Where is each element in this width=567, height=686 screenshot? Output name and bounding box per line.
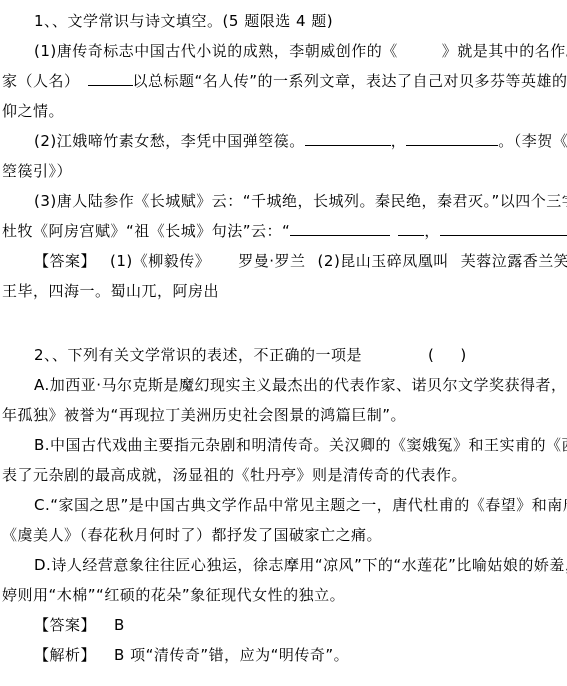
text-run: C.“家国之思”是中国古典文学作品中常见主题之一，唐代杜甫的《春望》和南唐后主的 <box>34 496 567 514</box>
document-page: 1、、文学常识与诗文填空。(5 题限选 4 题)(1)唐传奇标志中国古代小说的成… <box>0 0 567 686</box>
space-gap <box>449 265 461 266</box>
text-line: (2)江娥啼竹素女愁，李凭中国弹箜篌。，。（李贺《李凭 <box>0 126 567 156</box>
text-run: 【解析】 <box>34 646 96 664</box>
fill-in-blank-underline <box>398 221 424 236</box>
space-gap <box>434 359 460 360</box>
text-run: 【答案】 <box>34 616 96 634</box>
text-line: 家（人名）以总标题“名人传”的一系列文章，表达了自己对贝多芬等英雄的无限敬 <box>0 66 567 96</box>
text-line: 【答案】(1)《柳毅传》罗曼·罗兰(2)昆山玉碎凤凰叫芙蓉泣露香兰笑(3)六 <box>0 246 567 276</box>
text-run: 。（李贺《李凭 <box>498 132 567 150</box>
text-run: 芙蓉泣露香兰笑 <box>461 252 567 270</box>
fill-in-blank-underline <box>88 71 133 86</box>
fill-in-blank-underline <box>406 131 498 146</box>
text-line: A.加西亚·马尔克斯是魔幻现实主义最杰出的代表作家、诺贝尔文学奖获得者，他的《百 <box>0 370 567 400</box>
text-run: 杜牧《阿房宫赋》“祖《长城》句法”云：“ <box>2 222 290 240</box>
fill-in-blank-underline <box>305 131 391 146</box>
space-gap <box>210 265 238 266</box>
space-gap <box>390 235 398 236</box>
text-run: 家（人名） <box>2 72 80 90</box>
text-line: C.“家国之思”是中国古典文学作品中常见主题之一，唐代杜甫的《春望》和南唐后主的 <box>0 490 567 520</box>
text-line: 杜牧《阿房宫赋》“祖《长城》句法”云：“，。” <box>0 216 567 246</box>
text-line: 婷则用“木棉”“红硕的花朵”象征现代女性的独立。 <box>0 580 567 610</box>
text-run: B 项“清传奇”错，应为“明传奇”。 <box>114 646 349 664</box>
paragraph-gap <box>0 306 567 340</box>
text-run: ( <box>428 346 434 364</box>
text-run: ， <box>424 222 440 240</box>
text-line: 年孤独》被誉为“再现拉丁美洲历史社会图景的鸿篇巨制”。 <box>0 400 567 430</box>
text-line: D.诗人经营意象往往匠心独运，徐志摩用“凉风”下的“水莲花”比喻姑娘的娇羞，而舒 <box>0 550 567 580</box>
text-run: 》就是其中的名作。法国作 <box>442 42 567 60</box>
text-run: ， <box>391 132 407 150</box>
text-line: B.中国古代戏曲主要指元杂剧和明清传奇。关汉卿的《窦娥冤》和王实甫的《西厢记》代 <box>0 430 567 460</box>
text-run: B.中国古代戏曲主要指元杂剧和明清传奇。关汉卿的《窦娥冤》和王实甫的《西厢记》代 <box>34 436 567 454</box>
space-gap <box>80 85 88 86</box>
text-run: A.加西亚·马尔克斯是魔幻现实主义最杰出的代表作家、诺贝尔文学奖获得者，他的《百 <box>34 376 567 394</box>
space-gap <box>362 359 428 360</box>
text-line: 【答案】B <box>0 610 567 640</box>
text-line: (3)唐人陆参作《长城赋》云：“千城绝，长城列。秦民绝，秦君灭。”以四个三字句发… <box>0 186 567 216</box>
doc-lines: 1、、文学常识与诗文填空。(5 题限选 4 题)(1)唐传奇标志中国古代小说的成… <box>0 6 567 670</box>
text-line: 2、、下列有关文学常识的表述，不正确的一项是() <box>0 340 567 370</box>
space-gap <box>96 659 114 660</box>
space-gap <box>96 265 110 266</box>
text-run: 王毕，四海一。蜀山兀，阿房出 <box>2 282 219 300</box>
text-run: 【答案】 <box>34 252 96 270</box>
text-run: 年孤独》被誉为“再现拉丁美洲历史社会图景的鸿篇巨制”。 <box>2 406 406 424</box>
space-gap <box>96 629 114 630</box>
text-run: (2)昆山玉碎凤凰叫 <box>318 252 449 270</box>
text-run: (2)江娥啼竹素女愁，李凭中国弹箜篌。 <box>34 132 305 150</box>
text-run: 2、、下列有关文学常识的表述，不正确的一项是 <box>34 346 362 364</box>
text-run: 仰之情。 <box>2 102 64 120</box>
fill-in-blank-underline <box>440 221 567 236</box>
text-run: (1)《柳毅传》 <box>110 252 210 270</box>
text-run: 箜篌引》） <box>2 162 72 180</box>
text-line: 箜篌引》） <box>0 156 567 186</box>
text-run: (3)唐人陆参作《长城赋》云：“千城绝，长城列。秦民绝，秦君灭。”以四个三字句发… <box>34 192 567 210</box>
text-run: 罗曼·罗兰 <box>238 252 305 270</box>
text-line: 1、、文学常识与诗文填空。(5 题限选 4 题) <box>0 6 567 36</box>
text-line: (1)唐传奇标志中国古代小说的成熟，李朝威创作的《》就是其中的名作。法国作 <box>0 36 567 66</box>
fill-in-blank-underline <box>290 221 390 236</box>
text-run: (1)唐传奇标志中国古代小说的成熟，李朝威创作的《 <box>34 42 398 60</box>
text-line: 王毕，四海一。蜀山兀，阿房出 <box>0 276 567 306</box>
text-line: 《虞美人》（春花秋月何时了）都抒发了国破家亡之痛。 <box>0 520 567 550</box>
space-gap <box>398 55 442 56</box>
text-run: B <box>114 616 125 634</box>
text-run: 《虞美人》（春花秋月何时了）都抒发了国破家亡之痛。 <box>2 526 382 544</box>
text-run: 以总标题“名人传”的一系列文章，表达了自己对贝多芬等英雄的无限敬 <box>133 72 567 90</box>
text-run: D.诗人经营意象往往匠心独运，徐志摩用“凉风”下的“水莲花”比喻姑娘的娇羞，而舒 <box>34 556 567 574</box>
text-line: 【解析】B 项“清传奇”错，应为“明传奇”。 <box>0 640 567 670</box>
text-run: ) <box>460 346 466 364</box>
text-run: 1、、文学常识与诗文填空。(5 题限选 4 题) <box>34 12 333 30</box>
space-gap <box>306 265 318 266</box>
text-line: 表了元杂剧的最高成就，汤显祖的《牡丹亭》则是清传奇的代表作。 <box>0 460 567 490</box>
text-line: 仰之情。 <box>0 96 567 126</box>
text-run: 婷则用“木棉”“红硕的花朵”象征现代女性的独立。 <box>2 586 345 604</box>
text-run: 表了元杂剧的最高成就，汤显祖的《牡丹亭》则是清传奇的代表作。 <box>2 466 467 484</box>
